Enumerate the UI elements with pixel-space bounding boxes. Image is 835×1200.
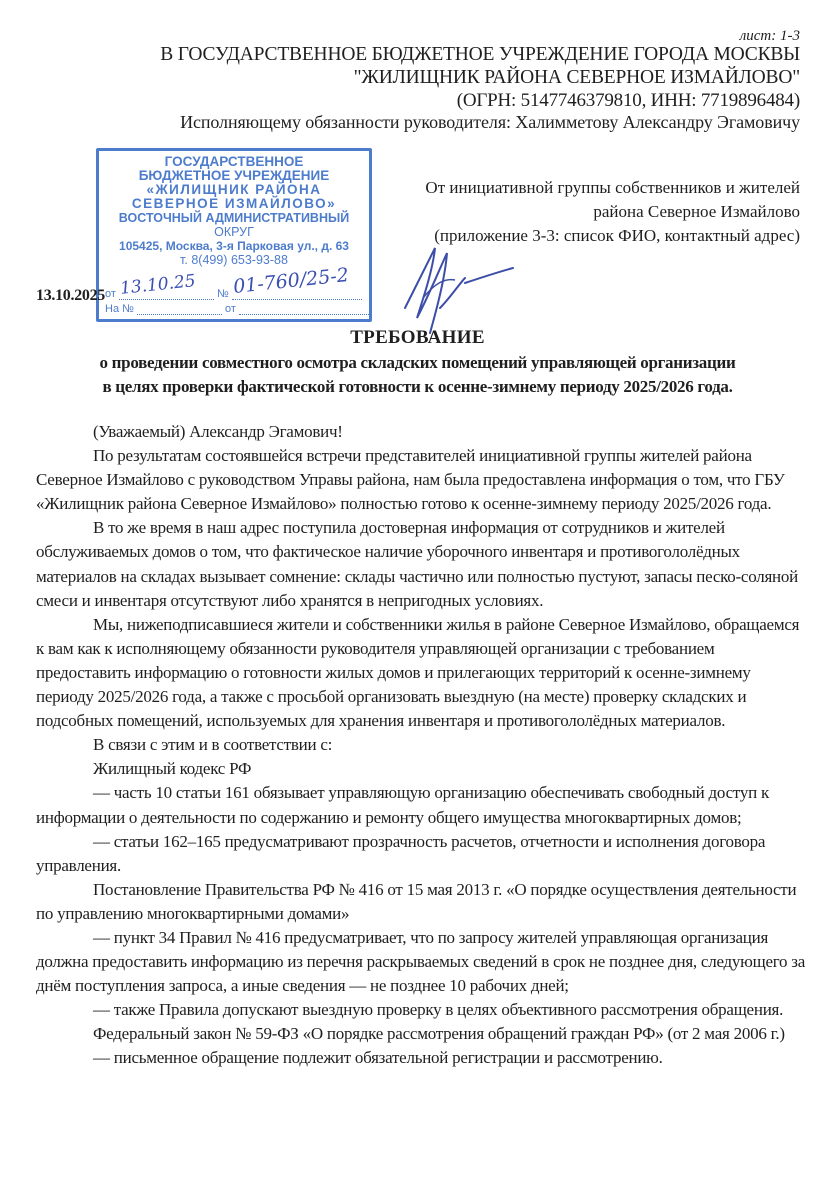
stamp-line: 105425, Москва, 3-я Парковая ул., д. 63 [99, 239, 369, 253]
document-title: ТРЕБОВАНИЕ [0, 327, 835, 349]
law-clause: — также Правила допускают выездную прове… [36, 998, 806, 1022]
stamp-line: ВОСТОЧНЫЙ АДМИНИСТРАТИВНЫЙ [99, 211, 369, 225]
recipient-line-2: "ЖИЛИЩНИК РАЙОНА СЕВЕРНОЕ ИЗМАЙЛОВО" [354, 67, 800, 89]
signature-icon [395, 238, 515, 338]
sender-line-1: От инициативной группы собственников и ж… [425, 176, 800, 200]
body-paragraph: Мы, нижеподписавшиеся жители и собственн… [36, 613, 806, 733]
stamp-line: СЕВЕРНОЕ ИЗМАЙЛОВО» [99, 197, 369, 211]
salutation: (Уважаемый) Александр Эгамович! [36, 420, 806, 444]
subtitle-line-1: о проведении совместного осмотра складск… [0, 353, 835, 373]
recipient-ids: (ОГРН: 5147746379810, ИНН: 7719896484) [457, 90, 800, 112]
law-clause: — статьи 162–165 предусматривают прозрач… [36, 830, 806, 878]
stamp-line: «ЖИЛИЩНИК РАЙОНА [99, 183, 369, 197]
subtitle-line-2: в целях проверки фактической готовности … [0, 377, 835, 397]
law-clause: — пункт 34 Правил № 416 предусматривает,… [36, 926, 806, 998]
document-page: лист: 1-3 В ГОСУДАРСТВЕННОЕ БЮДЖЕТНОЕ УЧ… [0, 0, 835, 1200]
body-paragraph: В то же время в наш адрес поступила дост… [36, 516, 806, 612]
sheet-number: лист: 1-3 [740, 28, 800, 45]
law-clause: — часть 10 статьи 161 обязывает управляю… [36, 781, 806, 829]
recipient-line-1: В ГОСУДАРСТВЕННОЕ БЮДЖЕТНОЕ УЧРЕЖДЕНИЕ Г… [160, 44, 800, 66]
stamp-line: ГОСУДАРСТВЕННОЕ [99, 155, 369, 169]
law-clause: — письменное обращение подлежит обязател… [36, 1046, 806, 1070]
stamp-line: БЮДЖЕТНОЕ УЧРЕЖДЕНИЕ [99, 169, 369, 183]
body-paragraph: В связи с этим и в соответствии с: [36, 733, 806, 757]
sender-line-2: района Северное Измайлово [425, 200, 800, 224]
document-date: 13.10.2025 [36, 287, 105, 305]
law-heading: Жилищный кодекс РФ [36, 757, 806, 781]
addressee: Исполняющему обязанности руководителя: Х… [180, 112, 800, 133]
law-heading: Федеральный закон № 59-ФЗ «О порядке рас… [36, 1022, 806, 1046]
document-body: (Уважаемый) Александр Эгамович! По резул… [36, 420, 806, 1071]
stamp-row-reference: На № от [105, 303, 363, 315]
law-heading: Постановление Правительства РФ № 416 от … [36, 878, 806, 926]
stamp-line: ОКРУГ [99, 225, 369, 239]
body-paragraph: По результатам состоявшейся встречи пред… [36, 444, 806, 516]
